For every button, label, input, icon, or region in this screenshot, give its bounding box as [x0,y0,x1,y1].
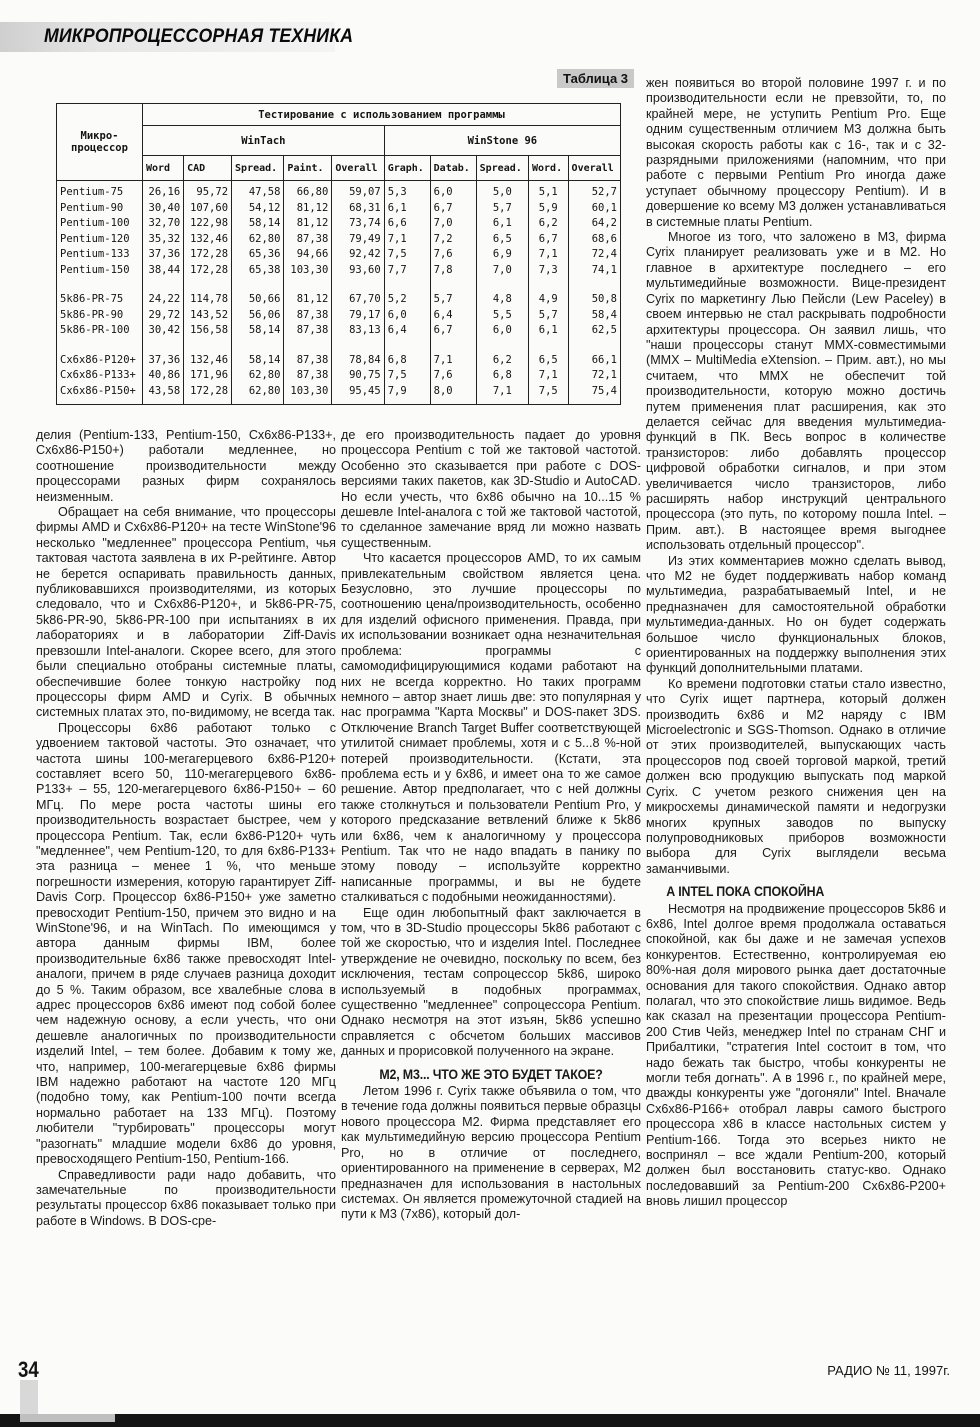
paragraph: Ко времени подготовки статьи стало извес… [646,677,946,877]
column-header: CAD [184,156,232,181]
value-cell: 6,0 [430,181,476,201]
value-cell: 95,72 [184,181,232,201]
value-cell: 143,52 [184,308,232,324]
value-cell: 4,8 [476,292,528,308]
value-cell: 103,30 [284,263,332,279]
table-row: Pentium-10032,70122,9858,1481,1273,746,6… [57,216,621,232]
paragraph: Из этих комментариев можно сделать вывод… [646,554,946,677]
value-cell: 5,7 [430,292,476,308]
processor-name-cell: 5k86-PR-75 [57,292,143,308]
table-row: Pentium-12035,32132,4662,8087,3879,497,1… [57,232,621,248]
section-title: МИКРОПРОЦЕССОРНАЯ ТЕХНИКА [44,26,353,48]
value-cell: 32,70 [143,216,184,232]
value-cell: 7,6 [430,247,476,263]
table-row: Pentium-13337,36172,2865,3694,6692,427,5… [57,247,621,263]
value-cell: 24,22 [143,292,184,308]
column-header: Overall [332,156,384,181]
table-row: Pentium-7526,1695,7247,5866,8059,075,36,… [57,181,621,201]
table-group-gap [57,339,621,353]
value-cell: 78,84 [332,353,384,369]
value-cell: 4,9 [529,292,569,308]
value-cell: 6,0 [476,323,528,339]
value-cell: 7,1 [430,353,476,369]
value-cell: 6,1 [476,216,528,232]
value-cell: 7,3 [529,263,569,279]
value-cell: 58,14 [232,323,284,339]
value-cell: 5,1 [529,181,569,201]
value-cell: 35,32 [143,232,184,248]
value-cell: 79,17 [332,308,384,324]
value-cell: 156,58 [184,323,232,339]
processor-name-cell: Cx6x86-P150+ [57,384,143,405]
processor-name-cell: Pentium-133 [57,247,143,263]
value-cell: 59,07 [332,181,384,201]
paragraph: делия (Pentium-133, Pentium-150, Cx6x86-… [36,428,336,505]
value-cell: 72,4 [568,247,620,263]
paragraph: де его производительность падает до уров… [341,428,641,551]
value-cell: 7,0 [476,263,528,279]
value-cell: 75,4 [568,384,620,405]
value-cell: 6,1 [529,323,569,339]
value-cell: 93,60 [332,263,384,279]
value-cell: 6,4 [384,323,430,339]
value-cell: 7,8 [430,263,476,279]
processor-name-cell: Pentium-120 [57,232,143,248]
value-cell: 37,36 [143,353,184,369]
value-cell: 6,2 [476,353,528,369]
processor-name-cell: Pentium-75 [57,181,143,201]
section-heading: А INTEL ПОКА СПОКОЙНА [646,884,922,899]
gutter-shading [20,1380,38,1414]
value-cell: 172,28 [184,247,232,263]
value-cell: 87,38 [284,368,332,384]
value-cell: 79,49 [332,232,384,248]
value-cell: 7,7 [384,263,430,279]
paragraph: Еще один любопытный факт заключается в т… [341,906,641,1060]
value-cell: 5,2 [384,292,430,308]
value-cell: 6,7 [430,201,476,217]
value-cell: 92,42 [332,247,384,263]
value-cell: 6,4 [430,308,476,324]
value-cell: 6,5 [476,232,528,248]
column-header: Word [143,156,184,181]
value-cell: 7,1 [529,368,569,384]
value-cell: 64,2 [568,216,620,232]
column-header: Paint. [284,156,332,181]
value-cell: 5,5 [476,308,528,324]
value-cell: 6,8 [384,353,430,369]
value-cell: 7,0 [430,216,476,232]
value-cell: 60,1 [568,201,620,217]
value-cell: 43,58 [143,384,184,405]
value-cell: 6,7 [430,323,476,339]
value-cell: 62,5 [568,323,620,339]
processor-name-cell: Cx6x86-P133+ [57,368,143,384]
article-column-2: де его производительность падает до уров… [341,428,641,1223]
value-cell: 103,30 [284,384,332,405]
value-cell: 6,5 [529,353,569,369]
value-cell: 5,7 [529,308,569,324]
value-cell: 7,1 [384,232,430,248]
paragraph: жен появиться во второй половине 1997 г.… [646,76,946,230]
value-cell: 5,9 [529,201,569,217]
value-cell: 5,7 [476,201,528,217]
value-cell: 30,42 [143,323,184,339]
processor-name-cell: 5k86-PR-100 [57,323,143,339]
paragraph: Многое из того, что заложено в М3, фирма… [646,230,946,554]
value-cell: 62,80 [232,368,284,384]
value-cell: 62,80 [232,232,284,248]
value-cell: 94,66 [284,247,332,263]
value-cell: 72,1 [568,368,620,384]
value-cell: 5,3 [384,181,430,201]
value-cell: 7,5 [384,247,430,263]
page-number: 34 [18,1357,39,1383]
value-cell: 54,12 [232,201,284,217]
value-cell: 62,80 [232,384,284,405]
value-cell: 6,1 [384,201,430,217]
paragraph: Несмотря на продвижение процессоров 5k86… [646,902,946,1210]
journal-reference: РАДИО № 11, 1997г. [827,1363,950,1378]
paragraph: Справедливости ради надо добавить, что з… [36,1168,336,1230]
value-cell: 74,1 [568,263,620,279]
value-cell: 6,9 [476,247,528,263]
value-cell: 7,2 [430,232,476,248]
processor-name-cell: Pentium-90 [57,201,143,217]
processor-name-cell: Cx6x86-P120+ [57,353,143,369]
value-cell: 7,5 [529,384,569,405]
value-cell: 107,60 [184,201,232,217]
table-row: Pentium-9030,40107,6054,1281,1268,316,16… [57,201,621,217]
table-row: Cx6x86-P133+40,86171,9662,8087,3890,757,… [57,368,621,384]
value-cell: 52,7 [568,181,620,201]
value-cell: 6,8 [476,368,528,384]
bottom-rule [0,1414,980,1427]
value-cell: 30,40 [143,201,184,217]
paragraph: Что касается процессоров AMD, то их самы… [341,551,641,905]
value-cell: 65,38 [232,263,284,279]
value-cell: 8,0 [430,384,476,405]
value-cell: 114,78 [184,292,232,308]
value-cell: 83,13 [332,323,384,339]
corner-header: Микро-процессор [57,104,143,181]
value-cell: 90,75 [332,368,384,384]
benchmark-table: Микро-процессор Тестирование с использов… [56,103,621,405]
value-cell: 87,38 [284,353,332,369]
value-cell: 132,46 [184,353,232,369]
column-header: Overall [568,156,620,181]
value-cell: 171,96 [184,368,232,384]
value-cell: 5,0 [476,181,528,201]
table-row: Cx6x86-P150+43,58172,2862,80103,3095,457… [57,384,621,405]
value-cell: 6,0 [384,308,430,324]
value-cell: 87,38 [284,323,332,339]
value-cell: 6,6 [384,216,430,232]
bottom-rule-highlight [20,1414,115,1422]
value-cell: 40,86 [143,368,184,384]
value-cell: 29,72 [143,308,184,324]
processor-name-cell: Pentium-100 [57,216,143,232]
value-cell: 26,16 [143,181,184,201]
value-cell: 73,74 [332,216,384,232]
value-cell: 37,36 [143,247,184,263]
value-cell: 7,1 [529,247,569,263]
value-cell: 58,4 [568,308,620,324]
paragraph: Летом 1996 г. Cyrix также объявила о том… [341,1084,641,1223]
value-cell: 65,36 [232,247,284,263]
value-cell: 66,80 [284,181,332,201]
table-row: 5k86-PR-7524,22114,7850,6681,1267,705,25… [57,292,621,308]
column-header: Word. [529,156,569,181]
value-cell: 66,1 [568,353,620,369]
value-cell: 58,14 [232,353,284,369]
value-cell: 58,14 [232,216,284,232]
value-cell: 47,58 [232,181,284,201]
value-cell: 172,28 [184,384,232,405]
article-column-1: делия (Pentium-133, Pentium-150, Cx6x86-… [36,428,336,1229]
group-title-header: Тестирование с использованием программы [143,104,621,126]
value-cell: 68,31 [332,201,384,217]
table-row: Pentium-15038,44172,2865,38103,3093,607,… [57,263,621,279]
processor-name-cell: 5k86-PR-90 [57,308,143,324]
value-cell: 132,46 [184,232,232,248]
value-cell: 67,70 [332,292,384,308]
value-cell: 7,6 [430,368,476,384]
table-group-gap [57,278,621,292]
table-row: 5k86-PR-9029,72143,5256,0687,3879,176,06… [57,308,621,324]
column-header: Graph. [384,156,430,181]
value-cell: 56,06 [232,308,284,324]
value-cell: 87,38 [284,232,332,248]
value-cell: 7,5 [384,368,430,384]
table-caption-badge: Таблица 3 [557,69,634,88]
column-header: Datab. [430,156,476,181]
value-cell: 81,12 [284,292,332,308]
value-cell: 38,44 [143,263,184,279]
value-cell: 122,98 [184,216,232,232]
value-cell: 6,2 [529,216,569,232]
value-cell: 81,12 [284,201,332,217]
value-cell: 50,66 [232,292,284,308]
value-cell: 172,28 [184,263,232,279]
article-column-3: жен появиться во второй половине 1997 г.… [646,76,946,1210]
column-header: Spread. [232,156,284,181]
section-heading: М2, М3... ЧТО ЖЕ ЭТО БУДЕТ ТАКОЕ? [353,1067,629,1082]
value-cell: 7,1 [476,384,528,405]
value-cell: 87,38 [284,308,332,324]
column-header: Spread. [476,156,528,181]
value-cell: 81,12 [284,216,332,232]
table-row: 5k86-PR-10030,42156,5858,1487,3883,136,4… [57,323,621,339]
value-cell: 68,6 [568,232,620,248]
value-cell: 95,45 [332,384,384,405]
paragraph: Процессоры 6x86 работают только с удвоен… [36,721,336,1168]
value-cell: 7,9 [384,384,430,405]
value-cell: 6,7 [529,232,569,248]
processor-name-cell: Pentium-150 [57,263,143,279]
program-header-wintach: WinTach [143,126,385,156]
program-header-winstone: WinStone 96 [384,126,620,156]
paragraph: Обращает на себя внимание, что процессор… [36,505,336,721]
value-cell: 50,8 [568,292,620,308]
table-row: Cx6x86-P120+37,36132,4658,1487,3878,846,… [57,353,621,369]
